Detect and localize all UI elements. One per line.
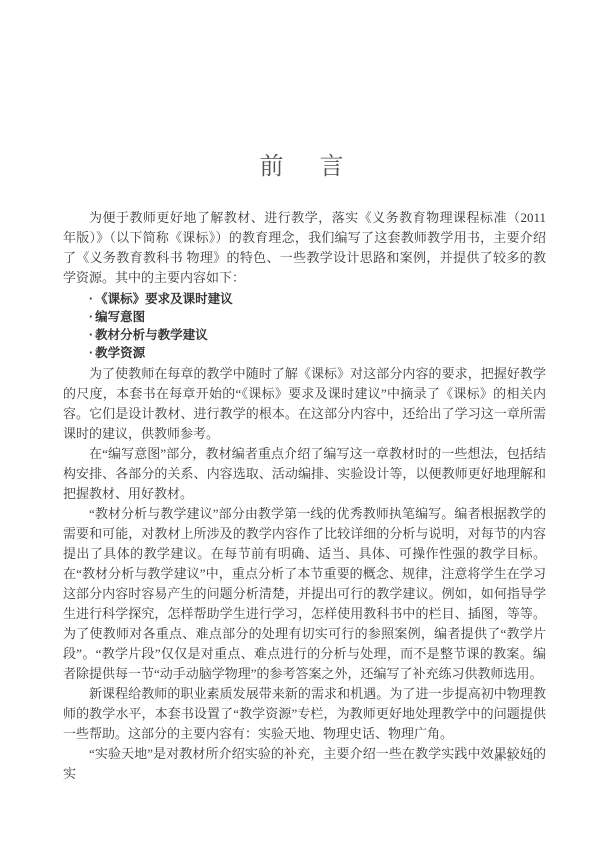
contents-list: · 《课标》要求及课时建议 · 编写意图 · 教材分析与教学建议 · 教学资源 <box>89 290 546 362</box>
page-number: 1 <box>528 749 534 764</box>
list-item: · 《课标》要求及课时建议 <box>89 290 546 308</box>
bullet-icon: · <box>89 344 93 362</box>
paragraph-bianxie-yitu: 在“编写意图”部分，教材编者重点介绍了编写这一章教材时的一些想法，包括结构安排、… <box>63 444 546 504</box>
paragraph-kebiao-section: 为了使教师在每章的教学中随时了解《课标》对这部分内容的要求，把握好教学的尺度，本… <box>63 364 546 444</box>
paragraph-intro: 为便于教师更好地了解教材、进行教学，落实《义务教育物理课程标准（2011 年版）… <box>63 208 546 288</box>
page-title: 前 言 <box>63 150 546 184</box>
list-item-label: 《课标》要求及课时建议 <box>95 290 233 308</box>
page-content: 前 言 为便于教师更好地了解教材、进行教学，落实《义务教育物理课程标准（2011… <box>63 150 546 784</box>
list-item: · 教学资源 <box>89 344 546 362</box>
list-item: · 编写意图 <box>89 308 546 326</box>
list-item-label: 教学资源 <box>95 344 145 362</box>
paragraph-shiyan-tiandi: “实验天地”是对教材所介绍实验的补充，主要介绍一些在教学实践中效果较好的实 <box>63 744 546 784</box>
list-item-label: 教材分析与教学建议 <box>95 326 208 344</box>
paragraph-jiaocai-fenxi: “教材分析与教学建议”部分由教学第一线的优秀教师执笔编写。编者根据教学的需要和可… <box>63 504 546 684</box>
paragraph-jiaoxue-ziyuan: 新课程给教师的职业素质发展带来新的需求和机遇。为了进一步提高初中物理教师的教学水… <box>63 684 546 744</box>
list-item: · 教材分析与教学建议 <box>89 326 546 344</box>
page-footer: 前言 1 <box>494 749 534 764</box>
bullet-icon: · <box>89 308 93 326</box>
bullet-icon: · <box>89 290 93 308</box>
document-page: 前 言 为便于教师更好地了解教材、进行教学，落实《义务教育物理课程标准（2011… <box>0 0 602 841</box>
bullet-icon: · <box>89 326 93 344</box>
footer-section-label: 前言 <box>494 750 518 763</box>
list-item-label: 编写意图 <box>95 308 145 326</box>
